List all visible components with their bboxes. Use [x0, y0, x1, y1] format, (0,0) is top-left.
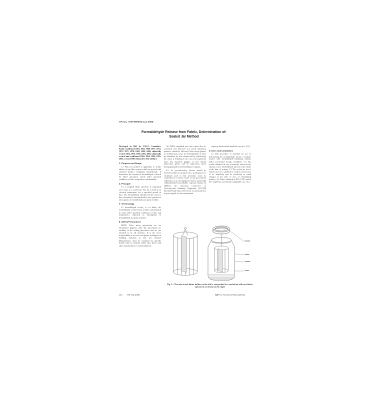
leader-line-lid	[230, 231, 244, 241]
figure-callout-label	[245, 261, 251, 262]
history-paragraph: Developed in 1963 by AATCC Committee RA6…	[119, 145, 161, 160]
figure-callout-label	[245, 241, 250, 242]
body-paragraph: 4.3 An eyewash/safety shower should be l…	[164, 169, 206, 194]
holder-hanger-wires	[183, 229, 188, 235]
fabric-specimen-left	[181, 236, 186, 273]
column-3: exposure limits which should be met (see…	[209, 145, 251, 228]
document-page: AATCC Test Method 112-2008 Formaldehyde …	[115, 112, 253, 303]
figure-1	[168, 225, 252, 282]
figure-callouts	[230, 231, 250, 271]
footer-page-number: 112	[119, 294, 122, 296]
fabric-specimen-in-jar	[218, 249, 223, 272]
body-paragraph: 5.1 This procedure is intended for use i…	[209, 153, 251, 183]
figure-1-caption: Fig. 1—The wire mesh fabric holder on th…	[167, 283, 253, 288]
wire-mesh-holder-drawing	[173, 227, 197, 275]
title-line-2: Sealed Jar Method	[115, 134, 253, 138]
body-paragraph: NOTE: These safety precautions are for i…	[119, 224, 161, 247]
column-1: Developed in 1963 by AATCC Committee RA6…	[119, 145, 161, 290]
footer-method-id: TM 112-2008	[127, 294, 140, 296]
figure-1-drawing	[168, 225, 252, 282]
body-paragraph: 3.1 formaldehyde release, n.—of fabric, …	[119, 206, 161, 219]
page-title: Formaldehyde Release from Fabric, Determ…	[115, 130, 253, 139]
holder-hanger-ring	[184, 227, 186, 229]
water-hatching	[208, 275, 234, 280]
body-paragraph: All OSHA standards and rules must also b…	[164, 145, 206, 168]
jar-screw-band	[213, 226, 230, 234]
method-header: AATCC Test Method 112-2008	[119, 121, 153, 123]
holder-inside-jar	[214, 234, 228, 273]
figure-callout-label	[245, 270, 249, 271]
section-heading-uses: 5. Uses and Limitations	[209, 150, 251, 153]
section-heading-terminology: 3. Terminology	[119, 203, 161, 206]
leader-line-specimen	[235, 261, 244, 262]
body-paragraph: 2.1 A weighed fabric specimen is suspend…	[119, 186, 161, 201]
section-heading-purpose: 1. Purpose and Scope	[119, 162, 161, 165]
body-paragraph: exposure limits which should be met (see…	[209, 145, 251, 148]
leader-line-holder	[235, 254, 244, 255]
screenshot-canvas: AATCC Test Method 112-2008 Formaldehyde …	[0, 0, 368, 420]
section-heading-principle: 2. Principle	[119, 183, 161, 186]
figure-callout-label	[245, 254, 250, 255]
sealed-jar-drawing	[208, 226, 235, 281]
section-heading-safety: 4. Safety Precautions	[119, 221, 161, 224]
body-paragraph: 1.1 This test method is applicable to te…	[119, 166, 161, 181]
column-2: All OSHA standards and rules must also b…	[164, 145, 206, 230]
footer-manual-name: AATCC Technical Manual/2010	[215, 294, 245, 296]
